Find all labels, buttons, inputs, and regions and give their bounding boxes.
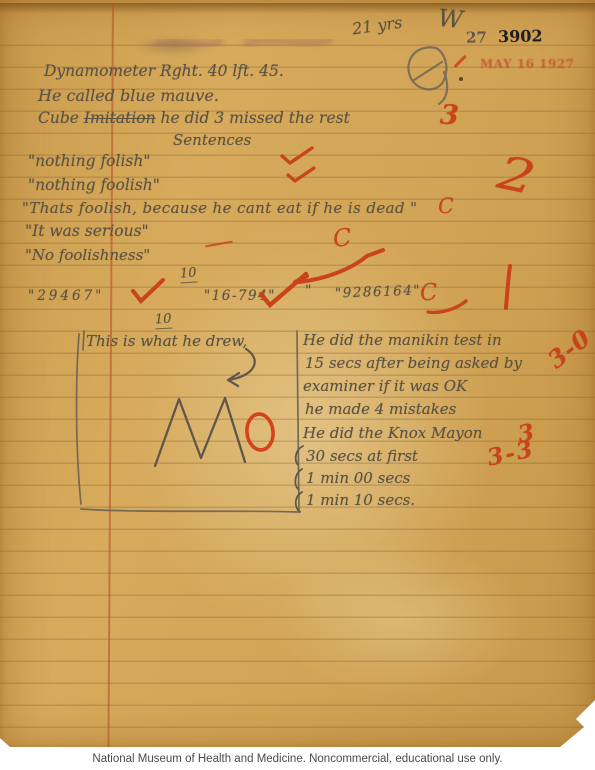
aged-ruled-paper: 21 yrs W 27 3902 MAY 16 1927 Dynamometer… <box>0 0 595 747</box>
accession-stamp: 27 3902 <box>466 26 543 46</box>
red-check-icon <box>286 166 316 184</box>
right-note-line: He did the Knox Mayon <box>303 424 482 442</box>
red-check-icon <box>280 146 314 166</box>
red-score-one-mark <box>500 264 516 310</box>
quote-no-foolishness: "No foolishness" <box>25 246 150 264</box>
quote-it-was-serious: "It was serious" <box>25 222 149 240</box>
red-swoosh-icon <box>428 300 468 314</box>
pencil-arrow-icon <box>200 346 255 388</box>
quote-nothing-folish: "nothing folish" <box>28 152 151 170</box>
right-note-line: He did the manikin test in <box>303 331 502 349</box>
stray-quote-mark: " <box>305 283 311 299</box>
museum-caption: National Museum of Health and Medicine. … <box>92 753 502 765</box>
right-note-line: 1 min 00 secs <box>306 469 410 487</box>
paper-top-edge-shadow <box>0 3 595 14</box>
footer-caption-bar: National Museum of Health and Medicine. … <box>0 747 595 770</box>
cube-line-struck: Imitation <box>84 109 156 127</box>
cube-line-post: he did 3 missed the rest <box>156 109 350 127</box>
note-cube-imitation: Cube Imitation he did 3 missed the rest <box>38 109 350 127</box>
right-note-line: he made 4 mistakes <box>305 400 456 418</box>
red-check-icon <box>258 272 310 308</box>
digit-item-3: "9286164" <box>335 283 422 302</box>
red-circle-mark <box>240 408 280 456</box>
redacted-handwriting <box>148 28 338 58</box>
stamp-prefix: 27 <box>466 28 487 46</box>
w-mark: W <box>437 4 464 34</box>
scanned-document-page: 21 yrs W 27 3902 MAY 16 1927 Dynamometer… <box>0 0 595 770</box>
digit-item-1: "29467" <box>28 288 104 304</box>
quote-thats-foolish: "Thats foolish, because he cant eat if h… <box>22 199 417 217</box>
red-grade-dead: C <box>437 193 455 218</box>
red-check-icon <box>130 278 166 304</box>
right-note-line: examiner if it was OK <box>303 377 467 395</box>
cube-line-pre: Cube <box>38 109 84 127</box>
right-note-line: 15 secs after being asked by <box>305 354 522 372</box>
child-zigzag-drawing <box>148 392 253 470</box>
ink-dot <box>459 77 463 81</box>
quote-nothing-foolish: "nothing foolish" <box>28 176 160 194</box>
date-stamp: MAY 16 1927 <box>480 57 575 71</box>
note-dynamometer: Dynamometer Rght. 40 lft. 45. <box>44 62 284 80</box>
pencil-brace-marks <box>292 444 306 514</box>
pencil-scribble <box>398 42 473 107</box>
note-blue-mauve: He called blue mauve. <box>38 86 219 105</box>
stamp-number: 3902 <box>498 26 543 46</box>
right-note-line: 30 secs at first <box>306 447 418 465</box>
sentences-heading: Sentences <box>173 131 251 149</box>
red-score-cube: 3 <box>439 100 459 132</box>
right-note-line: 1 min 10 secs. <box>306 491 415 509</box>
digits-count-top: 10 <box>179 265 197 283</box>
